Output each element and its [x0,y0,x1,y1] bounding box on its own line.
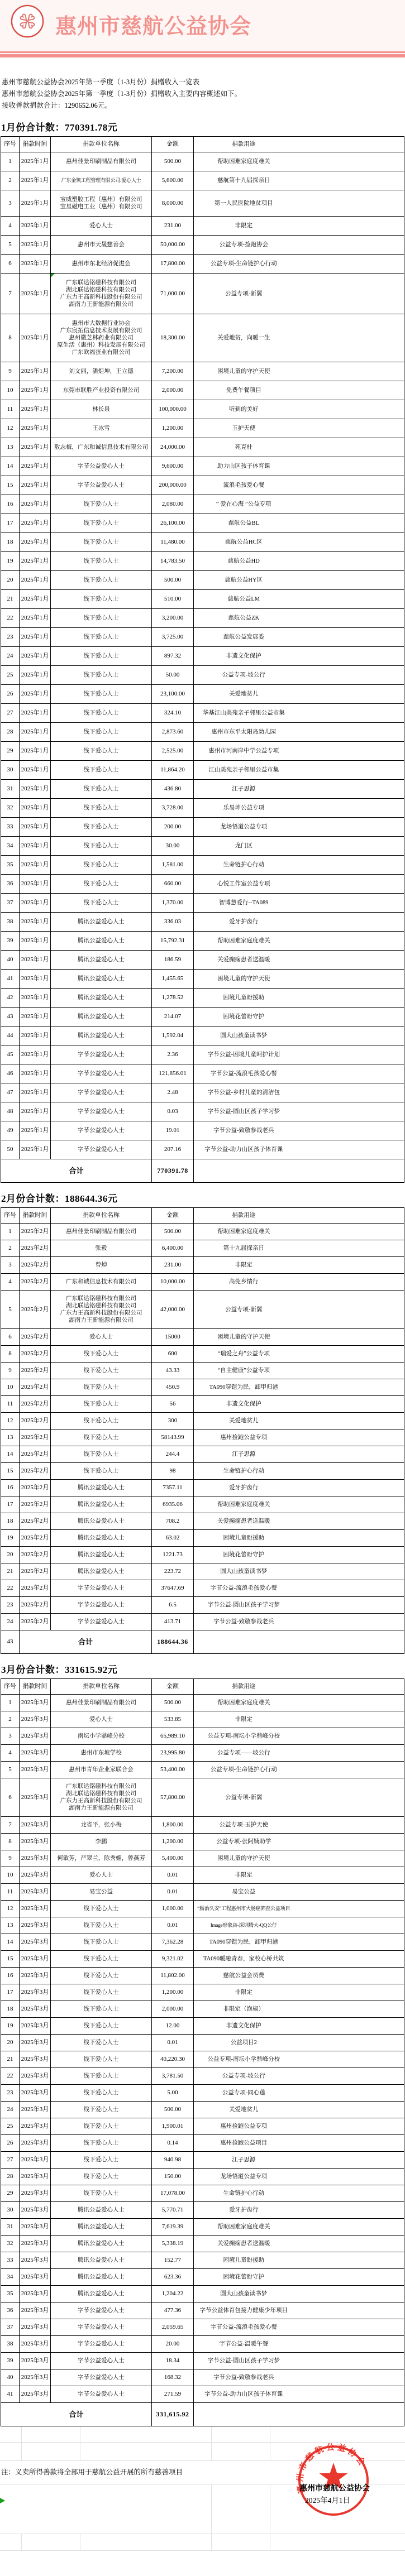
table-row: 352025年1月线下爱心人士1,581.00生命链护心行动 [1,856,404,875]
row-no: 34 [1,837,20,856]
row-no: 35 [1,2286,20,2302]
row-empty [294,552,404,571]
table-row: 22025年1月广东金筑工程管理有限公司.爱心人士5,600.00慈航第十九届探… [1,171,404,190]
monthly-tables: 1月份合计数：770391.78元序号捐款时间捐款单位名称金额捐款用途12025… [0,119,405,2426]
row-amount: 24,000.00 [152,438,194,457]
row-amount: 3,200.00 [152,609,194,628]
row-empty [294,2202,404,2219]
row-purpose: 江子思源 [194,2152,294,2169]
row-no: 22 [1,1580,20,1597]
row-purpose: 惠州市河南岸中学公益专项 [194,742,294,761]
row-date: 2025年2月 [20,1513,51,1530]
row-amount: 5,600.00 [152,171,194,190]
row-amount: 0.01 [152,1867,194,1884]
row-donor: 腾讯公益爱心人士 [51,970,152,989]
row-purpose: 公益专项-生命链护心行动 [194,1762,294,1778]
row-empty [294,274,404,314]
table-row: 232025年3月线下爱心人士5.00公益专项-同心莲 [1,2085,404,2102]
row-empty [294,1064,404,1083]
total-amount: 770391.78 [152,1159,194,1183]
row-no: 1 [1,1695,20,1711]
row-empty [294,856,404,875]
row-date: 2025年3月 [20,1695,51,1711]
row-no: 4 [1,217,20,236]
row-empty [294,780,404,799]
row-donor: 线下爱心人士 [51,2169,152,2185]
row-donor: 腾讯公益爱心人士 [51,989,152,1008]
row-empty [294,1291,404,1329]
row-date: 2025年3月 [20,1850,51,1867]
row-amount: 40,220.30 [152,2051,194,2068]
row-no: 40 [1,951,20,970]
row-empty [294,476,404,495]
row-donor: 线下爱心人士 [51,628,152,647]
row-amount: 18.34 [152,2353,194,2369]
row-date: 2025年3月 [20,2152,51,2169]
row-purpose: “ 爱在心海 ”公益专项 [194,495,294,514]
row-purpose: 公益专项-南坛小学鼎峰分校 [194,2051,294,2068]
row-amount: 56 [152,1396,194,1413]
table-row: 132025年2月线下爱心人士58143.99惠州捡跑公益专项 [1,1429,404,1446]
row-no: 15 [1,1463,20,1480]
row-donor: 字节公益爱心人士 [51,2353,152,2369]
table-row: 292025年3月线下爱心人士17,078.00生命链护心行动 [1,2185,404,2202]
row-donor: 线下爱心人士 [51,723,152,742]
row-empty [294,1274,404,1291]
row-donor: 字节公益爱心人士 [51,1140,152,1159]
row-amount: 450.9 [152,1379,194,1396]
table-row: 382025年1月腾讯公益爱心人士336.03爱牙护齿行 [1,913,404,932]
row-date: 2025年2月 [20,1224,51,1240]
row-donor: 东莞市联胜产业投资有限公司 [51,381,152,400]
row-amount: 2,525.00 [152,742,194,761]
row-donor: 线下爱心人士 [51,837,152,856]
row-no: 34 [1,2269,20,2286]
row-donor: 爱心人士 [51,217,152,236]
row-date: 2025年1月 [20,970,51,989]
row-empty [294,1817,404,1834]
row-date: 2025年3月 [20,2169,51,2185]
table-row: 262025年1月线下爱心人士23,100.00关爱地贫儿 [1,685,404,704]
row-no: 18 [1,1513,20,1530]
row-no: 6 [1,1778,20,1817]
row-donor: 线下爱心人士 [51,742,152,761]
row-empty [294,799,404,818]
row-empty [294,1480,404,1496]
table-row: 132025年3月线下爱心人士0.01Image形象店-深圳腾大-QQ公仔 [1,1917,404,1934]
row-empty [294,2236,404,2252]
row-amount: 623.36 [152,2269,194,2286]
row-donor: 腾讯公益爱心人士 [51,1026,152,1045]
row-no: 4 [1,1274,20,1291]
row-empty [294,970,404,989]
row-date: 2025年3月 [20,1968,51,1984]
table-row: 232025年2月字节公益爱心人士6.5字节公益-圆山区孩子学习梦 [1,1597,404,1614]
row-empty [294,400,404,419]
row-date: 2025年1月 [20,476,51,495]
row-empty [294,1547,404,1563]
row-donor: 字节公益爱心人士 [51,1121,152,1140]
row-no: 11 [1,400,20,419]
row-date: 2025年1月 [20,400,51,419]
row-purpose: 慈航公益HY区 [194,571,294,590]
total-empty [194,1630,294,1654]
row-amount: 53,400.00 [152,1762,194,1778]
table-row: 422025年1月腾讯公益爱心人士1,278.52困境儿童盼援助 [1,989,404,1008]
row-no: 10 [1,1867,20,1884]
row-amount: 12.00 [152,2018,194,2035]
row-no: 5 [1,1291,20,1329]
row-amount: 2.48 [152,1083,194,1102]
row-no: 47 [1,1083,20,1102]
row-empty [294,2018,404,2035]
table-row: 52025年3月惠州市青年企业家联合会53,400.00公益专项-生命链护心行动 [1,1762,404,1778]
row-date: 2025年3月 [20,1884,51,1901]
row-donor: 线下爱心人士 [51,761,152,780]
col-header: 捐款时间 [20,1679,51,1695]
row-amount: 1,200.00 [152,1984,194,2001]
row-amount: 43.33 [152,1363,194,1379]
row-empty [294,1530,404,1547]
row-amount: 1,800.00 [152,1817,194,1834]
row-donor: 字节公益爱心人士 [51,2336,152,2353]
total-empty [294,1159,404,1183]
row-purpose: 字节公益-致敬参战老兵 [194,1614,294,1630]
row-purpose: 公益专项-南坛小学鼎峰分校 [194,1728,294,1745]
row-amount: 660.00 [152,875,194,894]
grid-line [0,2550,405,2551]
row-date: 2025年3月 [20,2185,51,2202]
row-amount: 2,080.00 [152,495,194,514]
row-amount: 98 [152,1463,194,1480]
row-date: 2025年3月 [20,2018,51,2035]
row-amount: 150.00 [152,2169,194,2185]
table-row: 252025年3月线下爱心人士1,900.01惠州捡跑公益专项 [1,2118,404,2135]
row-purpose: 生命链护心行动 [194,2185,294,2202]
row-no: 37 [1,894,20,913]
row-date: 2025年2月 [20,1291,51,1329]
row-no: 19 [1,2018,20,2035]
table-row: 472025年1月字节公益爱心人士2.48字节公益-乡村儿童的清洁包 [1,1083,404,1102]
row-no: 38 [1,913,20,932]
row-date: 2025年3月 [20,2236,51,2252]
row-no: 12 [1,1901,20,1917]
row-amount: 17,078.00 [152,2185,194,2202]
row-date: 2025年2月 [20,1329,51,1346]
row-amount: 0.01 [152,2035,194,2051]
row-purpose: 圆大山孩童读书梦 [194,2286,294,2302]
row-empty [294,837,404,856]
row-no: 20 [1,571,20,590]
row-purpose: 流浪毛孩爱心餐 [194,476,294,495]
row-empty [294,1379,404,1396]
table-row: 172025年2月腾讯公益爱心人士6935.06帮助困难家庭度难关 [1,1496,404,1513]
row-donor: 腾讯公益爱心人士 [51,1563,152,1580]
month-section-feb: 2月份合计数：188644.36元序号捐款时间捐款单位名称金额捐款用途12025… [0,1191,405,1654]
row-empty [294,2169,404,2185]
table-row: 282025年3月线下爱心人士150.00龙场悟道公益专项 [1,2169,404,2185]
row-no: 36 [1,875,20,894]
row-empty [294,894,404,913]
row-purpose: 非遗文化保护 [194,647,294,666]
row-purpose: 江子思源 [194,780,294,799]
row-amount: 11,480.00 [152,533,194,552]
row-empty [294,362,404,381]
row-purpose: 字节公益体育包接力健康少年项目 [194,2302,294,2319]
row-donor: 爱心人士 [51,1867,152,1884]
row-empty [294,190,404,217]
row-donor: 线下爱心人士 [51,1934,152,1951]
row-amount: 231.00 [152,1257,194,1274]
month-section-jan: 1月份合计数：770391.78元序号捐款时间捐款单位名称金额捐款用途12025… [0,119,405,1183]
table-row: 12025年1月惠州佳景印刷制品有限公司500.00帮助困难家庭度难关 [1,152,404,171]
row-donor: 线下爱心人士 [51,1429,152,1446]
row-amount: 71,000.00 [152,274,194,314]
table-row: 402025年1月腾讯公益爱心人士186.59关爱癫痫患者送温暖 [1,951,404,970]
row-empty [294,1026,404,1045]
row-purpose: 帮助困难家庭度难关 [194,1224,294,1240]
row-date: 2025年3月 [20,1778,51,1817]
row-amount: 0.03 [152,1102,194,1121]
row-purpose: 乐易坤公益专项 [194,799,294,818]
row-no: 39 [1,2353,20,2369]
row-date: 2025年1月 [20,1064,51,1083]
row-empty [294,1513,404,1530]
row-purpose: 公益专项-张阿姨助学 [194,1834,294,1850]
table-row: 242025年1月线下爱心人士897.32非遗文化保护 [1,647,404,666]
row-empty [294,1563,404,1580]
row-no: 17 [1,1496,20,1513]
row-purpose: 帮助困难家庭度难关 [194,152,294,171]
row-empty [294,913,404,932]
row-purpose: TA090穿铠为民，卸甲归港 [194,1934,294,1951]
row-purpose: 公益专项-坡公行 [194,2068,294,2085]
row-amount: 7357.11 [152,1480,194,1496]
row-amount: 2,000.00 [152,2001,194,2018]
total-label: 合计 [1,2403,152,2426]
row-amount: 500.00 [152,2102,194,2118]
row-donor: 腾讯公益爱心人士 [51,2286,152,2302]
row-donor: 腾讯公益爱心人士 [51,1513,152,1530]
row-donor: 线下爱心人士 [51,875,152,894]
row-donor: 爱心人士 [51,1711,152,1728]
row-no: 14 [1,1934,20,1951]
row-no: 44 [1,1026,20,1045]
row-amount: 940.98 [152,2152,194,2169]
row-no: 29 [1,742,20,761]
row-empty [294,704,404,723]
row-donor: 王冰雪 [51,419,152,438]
row-purpose: 公益专项——坡公行 [194,1745,294,1762]
row-donor: 曾焯 [51,1257,152,1274]
row-no: 26 [1,2135,20,2152]
row-purpose: 免费午餐项目 [194,381,294,400]
table-row: 222025年3月线下爱心人士3,781.50公益专项-坡公行 [1,2068,404,2085]
month-heading: 1月份合计数：770391.78元 [1,119,405,133]
row-purpose: 龙场悟道公益专项 [194,2169,294,2185]
row-date: 2025年2月 [20,1274,51,1291]
row-purpose: 公益项目2 [194,2035,294,2051]
row-purpose: 帮助困难家庭度难关 [194,932,294,951]
table-row: 372025年1月线下爱心人士1,370.00智博慧爱行--TA089 [1,894,404,913]
row-no: 9 [1,362,20,381]
row-donor: 字节公益爱心人士 [51,1102,152,1121]
row-no: 37 [1,2319,20,2336]
table-row: 172025年3月线下爱心人士1,200.00非限定 [1,1984,404,2001]
row-no: 13 [1,1917,20,1934]
row-amount: 9,321.02 [152,1951,194,1968]
row-date: 2025年1月 [20,932,51,951]
row-date: 2025年1月 [20,514,51,533]
row-donor: 惠州市东坡学校 [51,1745,152,1762]
row-amount: 500.00 [152,1695,194,1711]
table-row: 442025年1月腾讯公益爱心人士1,592.04圆大山孩童读书梦 [1,1026,404,1045]
row-no: 8 [1,314,20,362]
row-purpose: 高莞乡情行 [194,1274,294,1291]
row-purpose: 圆大山孩童读书梦 [194,1563,294,1580]
row-date: 2025年2月 [20,1496,51,1513]
row-donor: 腾讯公益爱心人士 [51,1008,152,1026]
row-donor: 线下爱心人士 [51,799,152,818]
table-row: 52025年2月广东联达铭磁科技有限公司湖北联达铭磁科技有限公司广东力王高新科技… [1,1291,404,1329]
row-purpose: 字节公益-助力山区孩子体育课 [194,1140,294,1159]
table-row: 262025年3月线下爱心人士0.14惠州捡跑公益项目 [1,2135,404,2152]
table-row: 112025年1月林长泉100,000.00听到的美好 [1,400,404,419]
row-empty [294,2102,404,2118]
table-row: 292025年1月线下爱心人士2,525.00惠州市河南岸中学公益专项 [1,742,404,761]
row-empty [294,152,404,171]
donation-table: 序号捐款时间捐款单位名称金额捐款用途12025年1月惠州佳景印刷制品有限公司50… [1,136,404,1183]
row-date: 2025年1月 [20,894,51,913]
row-empty [294,419,404,438]
row-no: 39 [1,932,20,951]
footer-note: 注：义卖所得善款将全部用于慈航公益开展的所有慈善项目 [1,2467,183,2477]
table-row: 502025年1月字节公益爱心人士207.16字节公益-助力山区孩子体育课 [1,1140,404,1159]
row-no: 17 [1,514,20,533]
table-row: 222025年1月线下爱心人士3,200.00慈航公益ZK [1,609,404,628]
row-donor: 腾讯公益爱心人士 [51,951,152,970]
row-donor: 字节公益爱心人士 [51,1045,152,1064]
col-header-empty [294,1679,404,1695]
row-donor: 线下爱心人士 [51,1446,152,1463]
row-purpose: 关爱地贫儿 [194,1413,294,1429]
row-purpose: 公益专项-生命链护心行动 [194,255,294,274]
row-donor: 腾讯公益爱心人士 [51,1530,152,1547]
row-date: 2025年3月 [20,2202,51,2219]
row-empty [294,2035,404,2051]
row-no: 7 [1,1817,20,1834]
col-header: 捐款时间 [20,1208,51,1224]
row-empty [294,1083,404,1102]
header-row: 序号捐款时间捐款单位名称金额捐款用途 [1,1679,404,1695]
row-purpose: 字节公益-助力山区孩子体育课 [194,2386,294,2403]
row-donor: 线下爱心人士 [51,1968,152,1984]
row-empty [294,818,404,837]
row-amount: 2,059.65 [152,2319,194,2336]
row-no: 9 [1,1363,20,1379]
row-empty [294,217,404,236]
row-no: 4 [1,1745,20,1762]
row-donor: 惠州市青年企业家联合会 [51,1762,152,1778]
row-no: 31 [1,780,20,799]
row-purpose: 困境儿童的守护天使 [194,1850,294,1867]
month-section-mar: 3月份合计数：331615.92元序号捐款时间捐款单位名称金额捐款用途12025… [0,1662,405,2426]
table-row: 392025年3月字节公益爱心人士18.34字节公益-圆山区孩子学习梦 [1,2353,404,2369]
row-date: 2025年2月 [20,1480,51,1496]
row-no: 23 [1,1597,20,1614]
row-donor: 线下爱心人士 [51,2051,152,2068]
table-row: 72025年3月龙省平，张小梅1,800.00公益专项-玉护天使 [1,1817,404,1834]
row-no: 7 [1,274,20,314]
row-no: 10 [1,381,20,400]
row-empty [294,1850,404,1867]
row-date: 2025年3月 [20,1867,51,1884]
row-empty [294,2001,404,2018]
row-date: 2025年3月 [20,2269,51,2286]
table-row: 92025年3月何敏芳，严翠兰，陈秀媚，曾燕芳5,400.00困境儿童的守护天使 [1,1850,404,1867]
row-no: 40 [1,2369,20,2386]
row-amount: 19.01 [152,1121,194,1140]
row-amount: 5,338.19 [152,2236,194,2252]
total-label: 合计 [1,1159,152,1183]
row-amount: 168.32 [152,2369,194,2386]
table-row: 412025年1月腾讯公益爱心人士1,455.65困境儿童的守护天使 [1,970,404,989]
row-donor: 线下爱心人士 [51,2102,152,2118]
row-donor: 线下爱心人士 [51,1413,152,1429]
col-header: 金额 [152,137,194,152]
table-row: 152025年2月线下爱心人士98生命链护心行动 [1,1463,404,1480]
row-date: 2025年3月 [20,2369,51,2386]
table-row: 12025年3月惠州佳景印刷制品有限公司500.00帮助困难家庭度难关 [1,1695,404,1711]
row-no: 10 [1,1379,20,1396]
row-amount: 5.00 [152,2085,194,2102]
row-amount: 244.4 [152,1446,194,1463]
row-amount: 500.00 [152,1224,194,1240]
row-purpose: “肠治久安”工程惠州市大肠癌筛查公益项目 [194,1901,294,1917]
row-purpose: 华基江山美苑亲子邻里公益市集 [194,704,294,723]
row-empty [294,628,404,647]
total-row: 合计331,615.92 [1,2403,404,2426]
row-purpose: 关爱地贫儿 [194,2102,294,2118]
row-empty [294,1463,404,1480]
row-empty [294,742,404,761]
row-amount: 1,592.04 [152,1026,194,1045]
table-row: 22025年3月爱心人士533.85非限定 [1,1711,404,1728]
row-date: 2025年3月 [20,1762,51,1778]
total-row: 合计770391.78 [1,1159,404,1183]
row-purpose: 困境花蕾盼守护 [194,1008,294,1026]
row-donor: 线下爱心人士 [51,2035,152,2051]
table-row: 492025年1月字节公益爱心人士19.01字节公益-致敬参战老兵 [1,1121,404,1140]
table-row: 362025年1月线下爱心人士660.00心悦工作室公益专项 [1,875,404,894]
table-row: 302025年1月线下爱心人士11,864.20江山美苑亲子邻里公益市集 [1,761,404,780]
row-purpose: 非限定 [194,1984,294,2001]
row-no: 21 [1,590,20,609]
table-row: 272025年3月线下爱心人士940.98江子思源 [1,2152,404,2169]
table-row: 182025年3月线下爱心人士2,000.00非限定（泡椒） [1,2001,404,2018]
table-row: 382025年3月字节公益爱心人士20.00字节公益-温暖午餐 [1,2336,404,2353]
table-row: 172025年1月线下爱心人士26,100.00慈航公益BL [1,514,404,533]
row-amount: 200.00 [152,818,194,837]
table-row: 142025年3月线下爱心人士7,362.28TA090穿铠为民，卸甲归港 [1,1934,404,1951]
table-row: 162025年1月线下爱心人士2,080.00“ 爱在心海 ”公益专项 [1,495,404,514]
row-empty [294,533,404,552]
table-row: 92025年2月线下爱心人士43.33“自主健康”公益专项 [1,1363,404,1379]
row-donor: 广东金筑工程管理有限公司.爱心人士 [51,171,152,190]
row-purpose: 字节公益-致敬参战老兵 [194,2369,294,2386]
row-purpose: 关爱地贫儿 [194,685,294,704]
row-date: 2025年1月 [20,723,51,742]
